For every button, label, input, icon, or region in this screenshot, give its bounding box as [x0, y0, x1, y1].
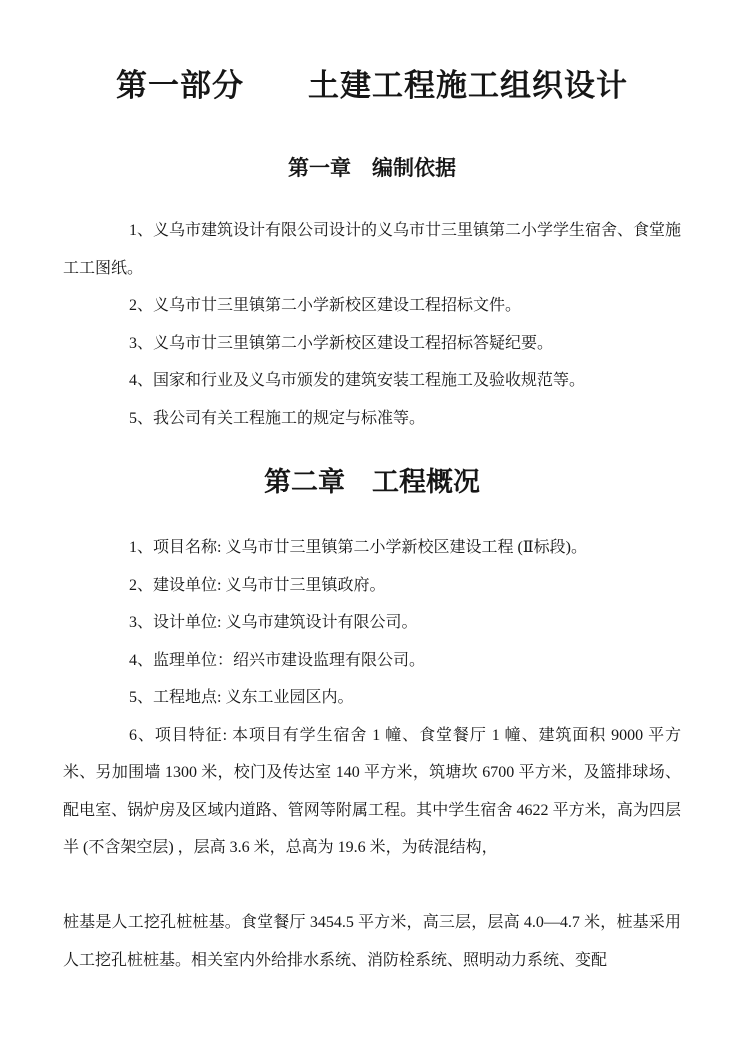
- chapter2-item-4: 4、监理单位：绍兴市建设监理有限公司。: [63, 642, 681, 680]
- chapter1-item-5: 5、我公司有关工程施工的规定与标准等。: [63, 400, 681, 438]
- chapter2-item-5: 5、工程地点: 义东工业园区内。: [63, 679, 681, 717]
- chapter1-item-4: 4、国家和行业及义乌市颁发的建筑安装工程施工及验收规范等。: [63, 362, 681, 400]
- document-page: { "colors": { "text": "#161616", "backgr…: [0, 0, 744, 1052]
- chapter1-heading: 第一章 编制依据: [63, 154, 681, 184]
- chapter1-content: 1、义乌市建筑设计有限公司设计的义乌市廿三里镇第二小学学生宿舍、食堂施工工图纸。…: [63, 212, 681, 437]
- chapter2-item-6: 6、项目特征: 本项目有学生宿舍 1 幢、食堂餐厅 1 幢、建筑面积 9000 …: [63, 717, 681, 867]
- chapter2-heading: 第二章 工程概况: [63, 463, 681, 501]
- document-title: 第一部分 土建工程施工组织设计: [63, 64, 681, 108]
- chapter1-item-2: 2、义乌市廿三里镇第二小学新校区建设工程招标文件。: [63, 287, 681, 325]
- document-body: 第一部分 土建工程施工组织设计 第一章 编制依据 1、义乌市建筑设计有限公司设计…: [0, 0, 744, 1052]
- chapter2-continuation-paragraph: 桩基是人工挖孔桩桩基。食堂餐厅 3454.5 平方米，高三层，层高 4.0—4.…: [63, 904, 681, 979]
- chapter1-item-1: 1、义乌市建筑设计有限公司设计的义乌市廿三里镇第二小学学生宿舍、食堂施工工图纸。: [63, 212, 681, 287]
- chapter2-item-3: 3、设计单位: 义乌市建筑设计有限公司。: [63, 604, 681, 642]
- chapter2-content: 1、项目名称: 义乌市廿三里镇第二小学新校区建设工程 (Ⅱ标段)。 2、建设单位…: [63, 529, 681, 979]
- chapter2-item-1: 1、项目名称: 义乌市廿三里镇第二小学新校区建设工程 (Ⅱ标段)。: [63, 529, 681, 567]
- chapter2-item-2: 2、建设单位: 义乌市廿三里镇政府。: [63, 567, 681, 605]
- chapter1-item-3: 3、义乌市廿三里镇第二小学新校区建设工程招标答疑纪要。: [63, 325, 681, 363]
